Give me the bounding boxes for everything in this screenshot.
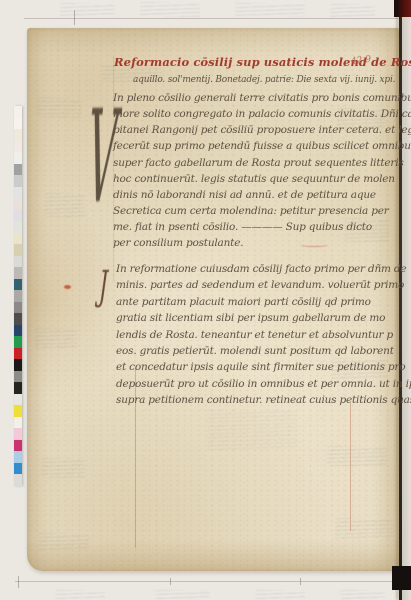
show-through-mark: [45, 193, 85, 217]
manuscript-text-line: super facto gabellarum de Rosta prout se…: [113, 155, 411, 171]
color-swatch: [14, 152, 22, 164]
color-swatch: [14, 187, 22, 199]
manuscript-paragraph-1: In pleno cōsilio generali terre civitati…: [113, 90, 411, 252]
color-swatch: [14, 405, 22, 417]
registration-tick: [18, 576, 19, 588]
manuscript-text-line: lendis de Rosta. teneantur et tenetur et…: [116, 327, 411, 343]
color-swatch: [14, 290, 22, 302]
manuscript-text-line: ante partitam placuit maiori parti cōsil…: [116, 294, 411, 310]
show-through-mark: [55, 590, 105, 599]
color-swatch: [14, 164, 22, 176]
registration-line-bottom: [15, 581, 395, 582]
color-swatch: [14, 336, 22, 348]
color-swatch: [14, 198, 22, 210]
show-through-mark: [327, 446, 387, 466]
manuscript-text-line: hoc continuerūt. legis statutis que sequ…: [113, 171, 411, 187]
color-swatch: [14, 279, 22, 291]
color-swatch: [14, 359, 22, 371]
registration-tick: [74, 10, 75, 25]
manuscript-text-line: deposuerūt pro ut cōsilio in omnibus et …: [116, 376, 411, 392]
color-swatch: [14, 302, 22, 314]
color-swatch: [14, 371, 22, 383]
manuscript-text-line: more solito congregato in palacio comuni…: [113, 106, 411, 122]
show-through-mark: [255, 590, 305, 599]
manuscript-text-line: gratia sit licentiam sibi per ipsum gabe…: [116, 310, 411, 326]
color-swatch: [14, 233, 22, 245]
manuscript-text-line: et concedatur ipsis aquile sint firmiter…: [116, 359, 411, 375]
color-swatch: [14, 129, 22, 141]
registration-line-top: [24, 18, 400, 19]
manuscript-text-line: pitanei Rangonij pet cōsiliū proposuere …: [113, 122, 411, 138]
color-swatch: [14, 463, 22, 475]
show-through-mark: [140, 2, 200, 17]
show-through-mark: [39, 533, 89, 551]
manuscript-text-line: dinis nō laborandi nisi ad annū. et de p…: [113, 187, 411, 203]
show-through-mark: [330, 4, 375, 17]
color-swatch: [14, 210, 22, 222]
color-swatch: [14, 451, 22, 463]
color-swatch: [14, 440, 22, 452]
color-swatch: [14, 256, 22, 268]
color-swatch: [14, 348, 22, 360]
manuscript-text-line: per consilium postulante.: [113, 235, 411, 251]
registration-tick: [170, 578, 171, 585]
color-swatch: [14, 474, 22, 486]
binding-top-corner: [394, 0, 411, 17]
color-swatch: [14, 325, 22, 337]
color-swatch: [14, 244, 22, 256]
manuscript-text-line: Secretica cum certa molendina: petitur p…: [113, 203, 411, 219]
manuscript-text-line: minis. partes ad sedendum et levandum. v…: [116, 277, 411, 293]
binding-bottom-corner: [392, 566, 411, 590]
color-swatch: [14, 428, 22, 440]
color-calibration-strip: [14, 106, 22, 486]
color-swatch: [14, 267, 22, 279]
show-through-mark: [340, 590, 385, 599]
color-swatch: [14, 141, 22, 153]
show-through-mark: [37, 97, 83, 119]
manuscript-text-line: In reformatione cuiusdam cōsilij facto p…: [116, 261, 411, 277]
ruling-line-right: [350, 403, 351, 531]
show-through-mark: [41, 458, 85, 478]
show-through-mark: [60, 3, 115, 17]
color-swatch: [14, 221, 22, 233]
color-swatch: [14, 417, 22, 429]
show-through-mark: [207, 410, 297, 450]
manuscript-paragraph-2: In reformatione cuiusdam cōsilij facto p…: [116, 261, 411, 409]
manuscript-text-line: me. fiat in psenti cōsilio. ———— Sup qui…: [113, 219, 411, 235]
manuscript-text-line: fecerūt sup primo petendū fuisse a quibu…: [113, 138, 411, 154]
manuscript-text-line: In pleno cōsilio generali terre civitati…: [113, 90, 411, 106]
color-swatch: [14, 106, 22, 118]
manuscript-photo: Reformacio cōsilij sup usaticis molend d…: [0, 0, 411, 600]
color-swatch: [14, 313, 22, 325]
show-through-mark: [235, 3, 305, 17]
registration-tick: [300, 578, 301, 585]
manuscript-text-line: eos. gratis petierūt. molendi sunt posit…: [116, 343, 411, 359]
color-swatch: [14, 118, 22, 130]
show-through-mark: [335, 518, 393, 540]
color-swatch: [14, 382, 22, 394]
show-through-mark: [35, 328, 77, 350]
color-swatch: [14, 394, 22, 406]
color-swatch: [14, 175, 22, 187]
rubric-heading: Reformacio cōsilij sup usaticis molend d…: [114, 55, 364, 69]
manuscript-intro-line: aquillo. sol'mentij. Bonetadej. patrie: …: [133, 75, 395, 85]
manuscript-text-line: supra petitionem continetur. retineat cu…: [116, 392, 411, 408]
red-margin-mark: [64, 285, 71, 289]
show-through-mark: [155, 590, 210, 599]
